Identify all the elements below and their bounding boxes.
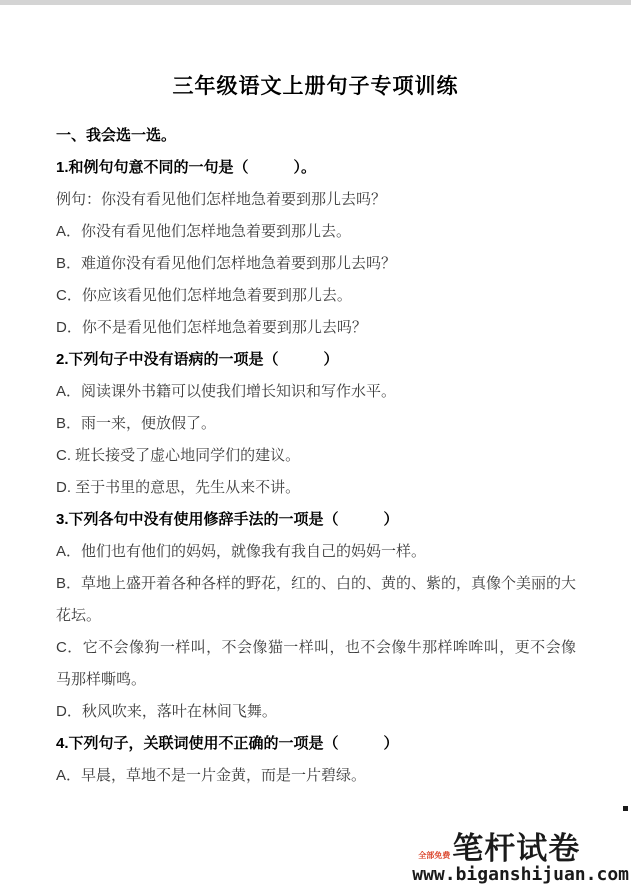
question-example: 例句：你没有看见他们怎样地急着要到那儿去吗？ bbox=[56, 184, 576, 216]
document-content: 一、我会选一选。1.和例句句意不同的一句是（ ）。例句：你没有看见他们怎样地急着… bbox=[56, 120, 576, 792]
watermark-brand: 笔杆试卷 bbox=[452, 833, 580, 864]
watermark-square-icon bbox=[623, 806, 628, 811]
question-option: A．你没有看见他们怎样地急着要到那儿去。 bbox=[56, 216, 576, 248]
question-option: A．阅读课外书籍可以使我们增长知识和写作水平。 bbox=[56, 376, 576, 408]
section-heading: 一、我会选一选。 bbox=[56, 120, 576, 152]
page-title: 三年级语文上册句子专项训练 bbox=[0, 70, 631, 100]
question-option: C．你应该看见他们怎样地急着要到那儿去。 bbox=[56, 280, 576, 312]
question-option: D. 至于书里的意思，先生从来不讲。 bbox=[56, 472, 576, 504]
question-stem: 2.下列句子中没有语病的一项是（ ） bbox=[56, 344, 576, 376]
question-stem: 3.下列各句中没有使用修辞手法的一项是（ ） bbox=[56, 504, 576, 536]
question-option: A．他们也有他们的妈妈，就像我有我自己的妈妈一样。 bbox=[56, 536, 576, 568]
question-option: D．你不是看见他们怎样地急着要到那儿去吗？ bbox=[56, 312, 576, 344]
watermark-url: www.biganshijuan.com bbox=[412, 865, 629, 885]
watermark-free-badge: 全部免费 bbox=[418, 850, 450, 861]
question-stem: 1.和例句句意不同的一句是（ ）。 bbox=[56, 152, 576, 184]
document-page: 三年级语文上册句子专项训练 一、我会选一选。1.和例句句意不同的一句是（ ）。例… bbox=[0, 5, 631, 892]
question-option: B．难道你没有看见他们怎样地急着要到那儿去吗？ bbox=[56, 248, 576, 280]
watermark-brand-row: 全部免费 笔杆试卷 bbox=[418, 833, 629, 864]
question-option: C. 班长接受了虚心地同学们的建议。 bbox=[56, 440, 576, 472]
watermark: 全部免费 笔杆试卷 www.biganshijuan.com bbox=[412, 833, 629, 885]
question-option: A．早晨，草地不是一片金黄，而是一片碧绿。 bbox=[56, 760, 576, 792]
question-option: C．它不会像狗一样叫，不会像猫一样叫，也不会像牛那样哞哞叫，更不会像马那样嘶鸣。 bbox=[56, 632, 576, 696]
question-option: B．草地上盛开着各种各样的野花，红的、白的、黄的、紫的，真像个美丽的大花坛。 bbox=[56, 568, 576, 632]
question-option: B．雨一来，便放假了。 bbox=[56, 408, 576, 440]
question-stem: 4.下列句子，关联词使用不正确的一项是（ ） bbox=[56, 728, 576, 760]
question-option: D．秋风吹来，落叶在林间飞舞。 bbox=[56, 696, 576, 728]
